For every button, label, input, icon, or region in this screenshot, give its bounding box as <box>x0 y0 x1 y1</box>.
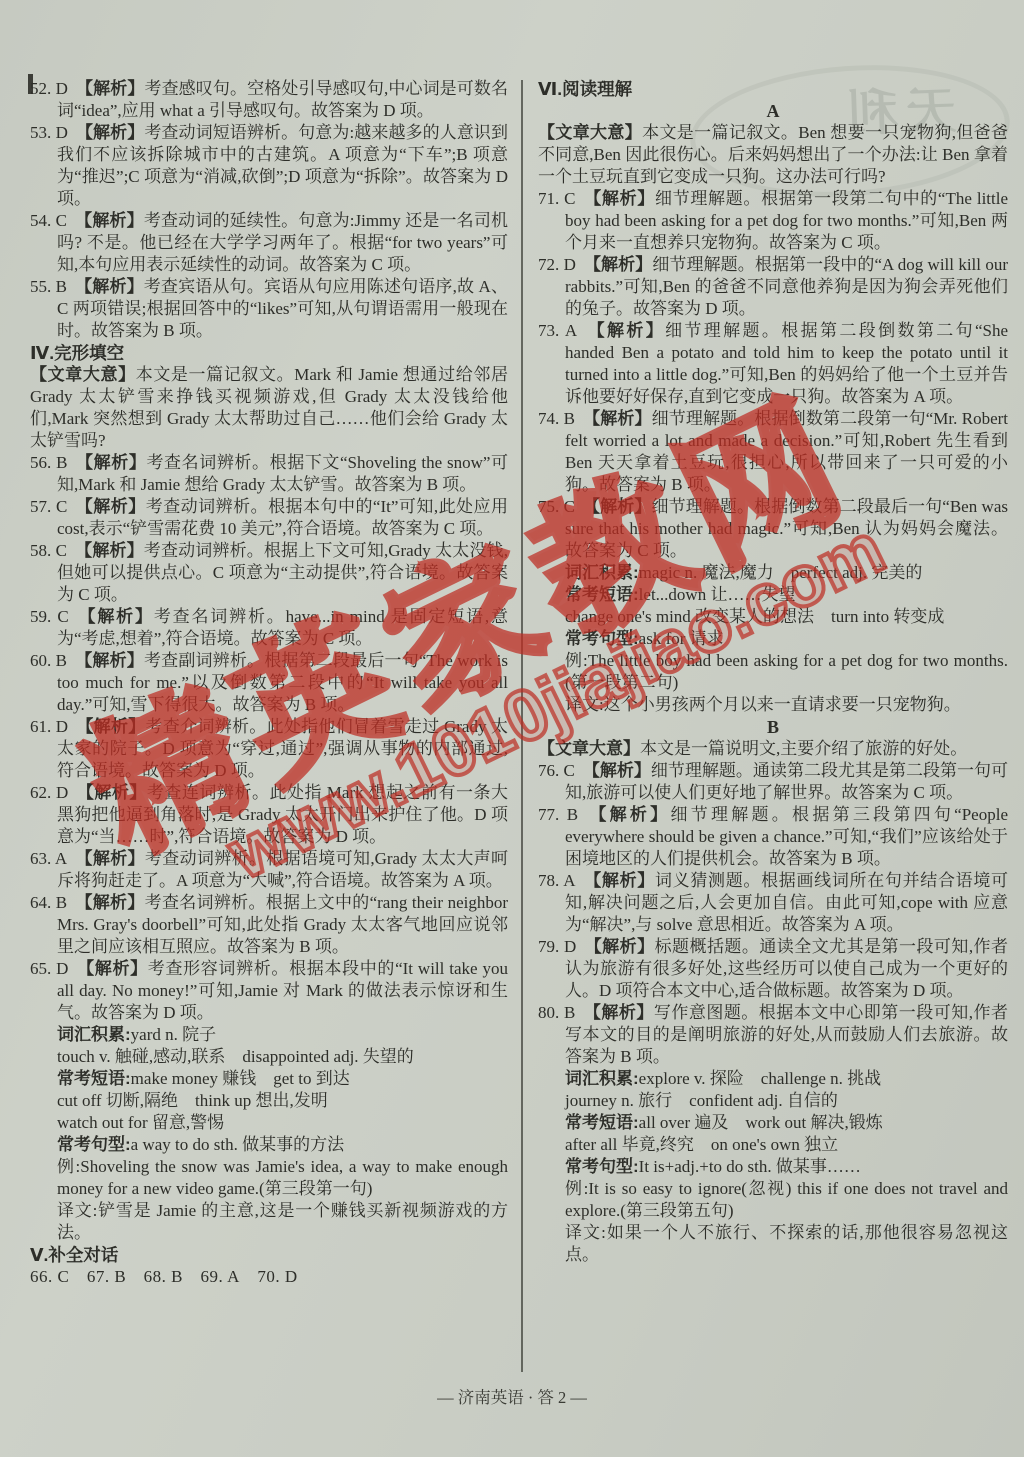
analysis-label: 【解析】 <box>76 783 147 802</box>
answer-item-58: 58. C【解析】考查动词辨析。根据上下文可知,Grady 太太没钱,但她可以提… <box>30 540 508 606</box>
vocab-phrase-line: 常考短语:let...down 让……失望 <box>538 584 1008 606</box>
vocab-text: change one's mind 改变某人的想法 turn into 转变成 <box>565 607 944 626</box>
vocab-phrase-line: 常考句型:ask for 请求 <box>538 628 1008 650</box>
passage-summary: 【文章大意】本文是一篇说明文,主要介绍了旅游的好处。 <box>538 738 1008 760</box>
section-header: Ⅵ.阅读理解 <box>538 78 1008 100</box>
vocab-text: let...down 让……失望 <box>639 585 796 604</box>
answer-item-71: 71. C【解析】细节理解题。根据第一段第二句中的“The little boy… <box>538 188 1008 254</box>
analysis-label: 【解析】 <box>76 959 147 978</box>
answer-item-63: 63. A【解析】考查动词辨析。根据语境可知,Grady 太太大声呵斥将狗赶走了… <box>30 848 508 892</box>
answer-item-61: 61. D【解析】考查介词辨析。此处指他们冒着雪走过 Grady 太太家的院子。… <box>30 716 508 782</box>
passage-summary: 【文章大意】本文是一篇记叙文。Ben 想要一只宠物狗,但爸爸不同意,Ben 因此… <box>538 122 1008 188</box>
analysis-label: 【解析】 <box>586 805 670 824</box>
item-number-and-answer: 74. B <box>538 409 575 428</box>
vocab-label: 常考句型: <box>565 629 639 648</box>
answer-item-53: 53. D【解析】考查动词短语辨析。句意为:越来越多的人意识到我们不应该拆除城市… <box>30 122 508 210</box>
vocab-text: 例:It is so easy to ignore(忽视) this if on… <box>565 1179 1008 1220</box>
vocab-phrase-line: 词汇积累:yard n. 院子 <box>30 1024 508 1046</box>
analysis-label: 【解析】 <box>584 189 655 208</box>
item-number-and-answer: 63. A <box>30 849 67 868</box>
answer-item-52: 52. D【解析】考查感叹句。空格处引导感叹句,中心词是可数名词“idea”,应… <box>30 78 508 122</box>
vocab-text: touch v. 触碰,感动,联系 disappointed adj. 失望的 <box>57 1047 414 1066</box>
item-number-and-answer: 56. B <box>30 453 67 472</box>
summary-label: 【文章大意】 <box>30 365 136 384</box>
vocab-phrase-line: 译文:如果一个人不旅行、不探索的话,那他很容易忽视这点。 <box>538 1222 1008 1266</box>
answers-line: 66. C 67. B 68. B 69. A 70. D <box>30 1266 508 1288</box>
summary-label: 【文章大意】 <box>538 739 640 758</box>
answer-item-56: 56. B【解析】考查名词辨析。根据下文“Shoveling the snow”… <box>30 452 508 496</box>
item-number-and-answer: 60. B <box>30 651 67 670</box>
page-footer: — 济南英语 · 答 2 — <box>0 1384 1024 1408</box>
passage-summary: 【文章大意】本文是一篇记叙文。Mark 和 Jamie 想通过给邻居 Grady… <box>30 364 508 452</box>
vocab-phrase-line: 例:Shoveling the snow was Jamie's idea, a… <box>30 1156 508 1200</box>
answer-item-79: 79. D【解析】标题概括题。通读全文尤其是第一段可知,作者认为旅游有很多好处,… <box>538 936 1008 1002</box>
item-number-and-answer: 54. C <box>30 211 67 230</box>
item-number-and-answer: 77. B <box>538 805 578 824</box>
vocab-text: 译文:铲雪是 Jamie 的主意,这是一个赚钱买新视频游戏的方法。 <box>57 1201 508 1242</box>
answer-item-72: 72. D【解析】细节理解题。根据第一段中的“A dog will kill o… <box>538 254 1008 320</box>
analysis-label: 【解析】 <box>584 937 654 956</box>
vocab-phrase-line: cut off 切断,隔绝 think up 想出,发明 <box>30 1090 508 1112</box>
item-number-and-answer: 58. C <box>30 541 67 560</box>
vocab-label: 常考短语: <box>565 1113 639 1132</box>
item-number-and-answer: 59. C <box>30 607 69 626</box>
vocab-phrase-line: 常考句型:It is+adj.+to do sth. 做某事…… <box>538 1156 1008 1178</box>
vocab-phrase-line: 常考句型:a way to do sth. 做某事的方法 <box>30 1134 508 1156</box>
item-number-and-answer: 57. C <box>30 497 67 516</box>
summary-text: 本文是一篇说明文,主要介绍了旅游的好处。 <box>640 739 967 758</box>
vocab-label: 常考句型: <box>565 1157 639 1176</box>
summary-label: 【文章大意】 <box>538 123 642 142</box>
vocab-text: a way to do sth. 做某事的方法 <box>131 1135 344 1154</box>
vocab-phrase-line: 例:It is so easy to ignore(忽视) this if on… <box>538 1178 1008 1222</box>
answer-item-62: 62. D【解析】考查连词辨析。此处指 Mark 想起之前有一条大黑狗把他逼到角… <box>30 782 508 848</box>
vocab-text: make money 赚钱 get to 到达 <box>131 1069 350 1088</box>
vocab-text: after all 毕竟,终究 on one's own 独立 <box>565 1135 838 1154</box>
vocab-phrase-line: 常考短语:make money 赚钱 get to 到达 <box>30 1068 508 1090</box>
analysis-label: 【解析】 <box>75 211 144 230</box>
item-number-and-answer: 75. C <box>538 497 575 516</box>
analysis-label: 【解析】 <box>77 607 154 626</box>
item-number-and-answer: 80. B <box>538 1003 575 1022</box>
answer-item-77: 77. B【解析】细节理解题。根据第三段第四句“People everywher… <box>538 804 1008 870</box>
vocab-label: 常考短语: <box>57 1069 131 1088</box>
answer-item-75: 75. C【解析】细节理解题。根据倒数第二段最后一句“Ben was sure … <box>538 496 1008 562</box>
item-number-and-answer: 53. D <box>30 123 68 142</box>
analysis-label: 【解析】 <box>75 849 145 868</box>
analysis-label: 【解析】 <box>583 761 651 780</box>
analysis-label: 【解析】 <box>583 409 652 428</box>
section-header: Ⅳ.完形填空 <box>30 342 508 364</box>
column-right: Ⅵ.阅读理解A【文章大意】本文是一篇记叙文。Ben 想要一只宠物狗,但爸爸不同意… <box>538 78 1008 1266</box>
item-number-and-answer: 76. C <box>538 761 575 780</box>
item-number-and-answer: 71. C <box>538 189 576 208</box>
vocab-text: watch out for 留意,警惕 <box>57 1113 224 1132</box>
analysis-label: 【解析】 <box>583 1003 653 1022</box>
analysis-label: 【解析】 <box>75 651 144 670</box>
passage-letter: B <box>538 716 1008 738</box>
answer-item-73: 73. A【解析】细节理解题。根据第二段倒数第二句“She handed Ben… <box>538 320 1008 408</box>
vocab-text: ask for 请求 <box>639 629 724 648</box>
analysis-label: 【解析】 <box>75 277 144 296</box>
vocab-phrase-line: journey n. 旅行 confident adj. 自信的 <box>538 1090 1008 1112</box>
analysis-label: 【解析】 <box>75 453 146 472</box>
analysis-label: 【解析】 <box>584 255 652 274</box>
analysis-label: 【解析】 <box>76 717 145 736</box>
analysis-label: 【解析】 <box>75 541 144 560</box>
vocab-text: all over 遍及 work out 解决,锻炼 <box>639 1113 883 1132</box>
vocab-label: 常考句型: <box>57 1135 131 1154</box>
vocab-text: explore v. 探险 challenge n. 挑战 <box>639 1069 882 1088</box>
item-number-and-answer: 52. D <box>30 79 68 98</box>
answer-item-76: 76. C【解析】细节理解题。通读第二段尤其是第二段第一句可知,旅游可以使人们更… <box>538 760 1008 804</box>
item-number-and-answer: 61. D <box>30 717 68 736</box>
item-number-and-answer: 79. D <box>538 937 576 956</box>
vocab-phrase-line: after all 毕竟,终究 on one's own 独立 <box>538 1134 1008 1156</box>
section-header: Ⅴ.补全对话 <box>30 1244 508 1266</box>
analysis-label: 【解析】 <box>75 893 145 912</box>
vocab-text: 例:The little boy had been asking for a p… <box>565 651 1008 692</box>
answer-item-65: 65. D【解析】考查形容词辨析。根据本段中的“It will take you… <box>30 958 508 1024</box>
vocab-phrase-line: 译文:铲雪是 Jamie 的主意,这是一个赚钱买新视频游戏的方法。 <box>30 1200 508 1244</box>
answer-item-74: 74. B【解析】细节理解题。根据倒数第二段第一句“Mr. Robert fel… <box>538 408 1008 496</box>
vocab-phrase-line: change one's mind 改变某人的想法 turn into 转变成 <box>538 606 1008 628</box>
item-number-and-answer: 64. B <box>30 893 67 912</box>
vocab-phrase-line: 译文:这个小男孩两个月以来一直请求要一只宠物狗。 <box>538 694 1008 716</box>
answer-item-55: 55. B【解析】考查宾语从句。宾语从句应用陈述句语序,故 A、C 两项错误;根… <box>30 276 508 342</box>
vocab-label: 词汇积累: <box>57 1025 131 1044</box>
vocab-phrase-line: watch out for 留意,警惕 <box>30 1112 508 1134</box>
answer-item-78: 78. A【解析】词义猜测题。根据画线词所在句并结合语境可知,解决问题之后,人会… <box>538 870 1008 936</box>
item-number-and-answer: 72. D <box>538 255 576 274</box>
vocab-text: cut off 切断,隔绝 think up 想出,发明 <box>57 1091 328 1110</box>
vocab-label: 词汇积累: <box>565 563 639 582</box>
analysis-label: 【解析】 <box>584 871 655 890</box>
item-number-and-answer: 65. D <box>30 959 68 978</box>
item-number-and-answer: 73. A <box>538 321 577 340</box>
analysis-label: 【解析】 <box>75 497 145 516</box>
vocab-phrase-line: 词汇积累:magic n. 魔法,魔力 perfect adj. 完美的 <box>538 562 1008 584</box>
column-left: 52. D【解析】考查感叹句。空格处引导感叹句,中心词是可数名词“idea”,应… <box>30 78 508 1288</box>
vocab-text: It is+adj.+to do sth. 做某事…… <box>639 1157 861 1176</box>
vocab-text: yard n. 院子 <box>131 1025 216 1044</box>
analysis-label: 【解析】 <box>585 321 665 340</box>
analysis-label: 【解析】 <box>583 497 652 516</box>
scanned-answer-page: 天利 52. D【解析】考查感叹句。空格处引导感叹句,中心词是可数名词“idea… <box>0 0 1024 1457</box>
vocab-text: 译文:这个小男孩两个月以来一直请求要一只宠物狗。 <box>565 695 961 714</box>
answer-item-59: 59. C【解析】考查名词辨析。have...in mind 是固定短语,意为“… <box>30 606 508 650</box>
answer-item-64: 64. B【解析】考查名词辨析。根据上文中的“rang their neighb… <box>30 892 508 958</box>
vocab-phrase-line: 词汇积累:explore v. 探险 challenge n. 挑战 <box>538 1068 1008 1090</box>
answer-item-54: 54. C【解析】考查动词的延续性。句意为:Jimmy 还是一名司机吗? 不是。… <box>30 210 508 276</box>
vocab-text: 译文:如果一个人不旅行、不探索的话,那他很容易忽视这点。 <box>565 1223 1008 1264</box>
vocab-text: journey n. 旅行 confident adj. 自信的 <box>565 1091 838 1110</box>
vocab-text: magic n. 魔法,魔力 perfect adj. 完美的 <box>639 563 923 582</box>
vocab-phrase-line: 例:The little boy had been asking for a p… <box>538 650 1008 694</box>
item-number-and-answer: 78. A <box>538 871 576 890</box>
answer-item-57: 57. C【解析】考查动词辨析。根据本句中的“It”可知,此处应用 cost,表… <box>30 496 508 540</box>
item-number-and-answer: 55. B <box>30 277 67 296</box>
analysis-label: 【解析】 <box>76 79 145 98</box>
vocab-phrase-line: 常考短语:all over 遍及 work out 解决,锻炼 <box>538 1112 1008 1134</box>
item-number-and-answer: 62. D <box>30 783 68 802</box>
answer-item-60: 60. B【解析】考查副词辨析。根据第二段最后一句“The work is to… <box>30 650 508 716</box>
column-divider <box>521 80 523 1372</box>
analysis-label: 【解析】 <box>76 123 144 142</box>
vocab-label: 常考短语: <box>565 585 639 604</box>
vocab-text: 例:Shoveling the snow was Jamie's idea, a… <box>57 1157 508 1198</box>
passage-letter: A <box>538 100 1008 122</box>
vocab-phrase-line: touch v. 触碰,感动,联系 disappointed adj. 失望的 <box>30 1046 508 1068</box>
vocab-label: 词汇积累: <box>565 1069 639 1088</box>
answer-item-80: 80. B【解析】写作意图题。根据本文中心即第一段可知,作者写本文的目的是阐明旅… <box>538 1002 1008 1068</box>
